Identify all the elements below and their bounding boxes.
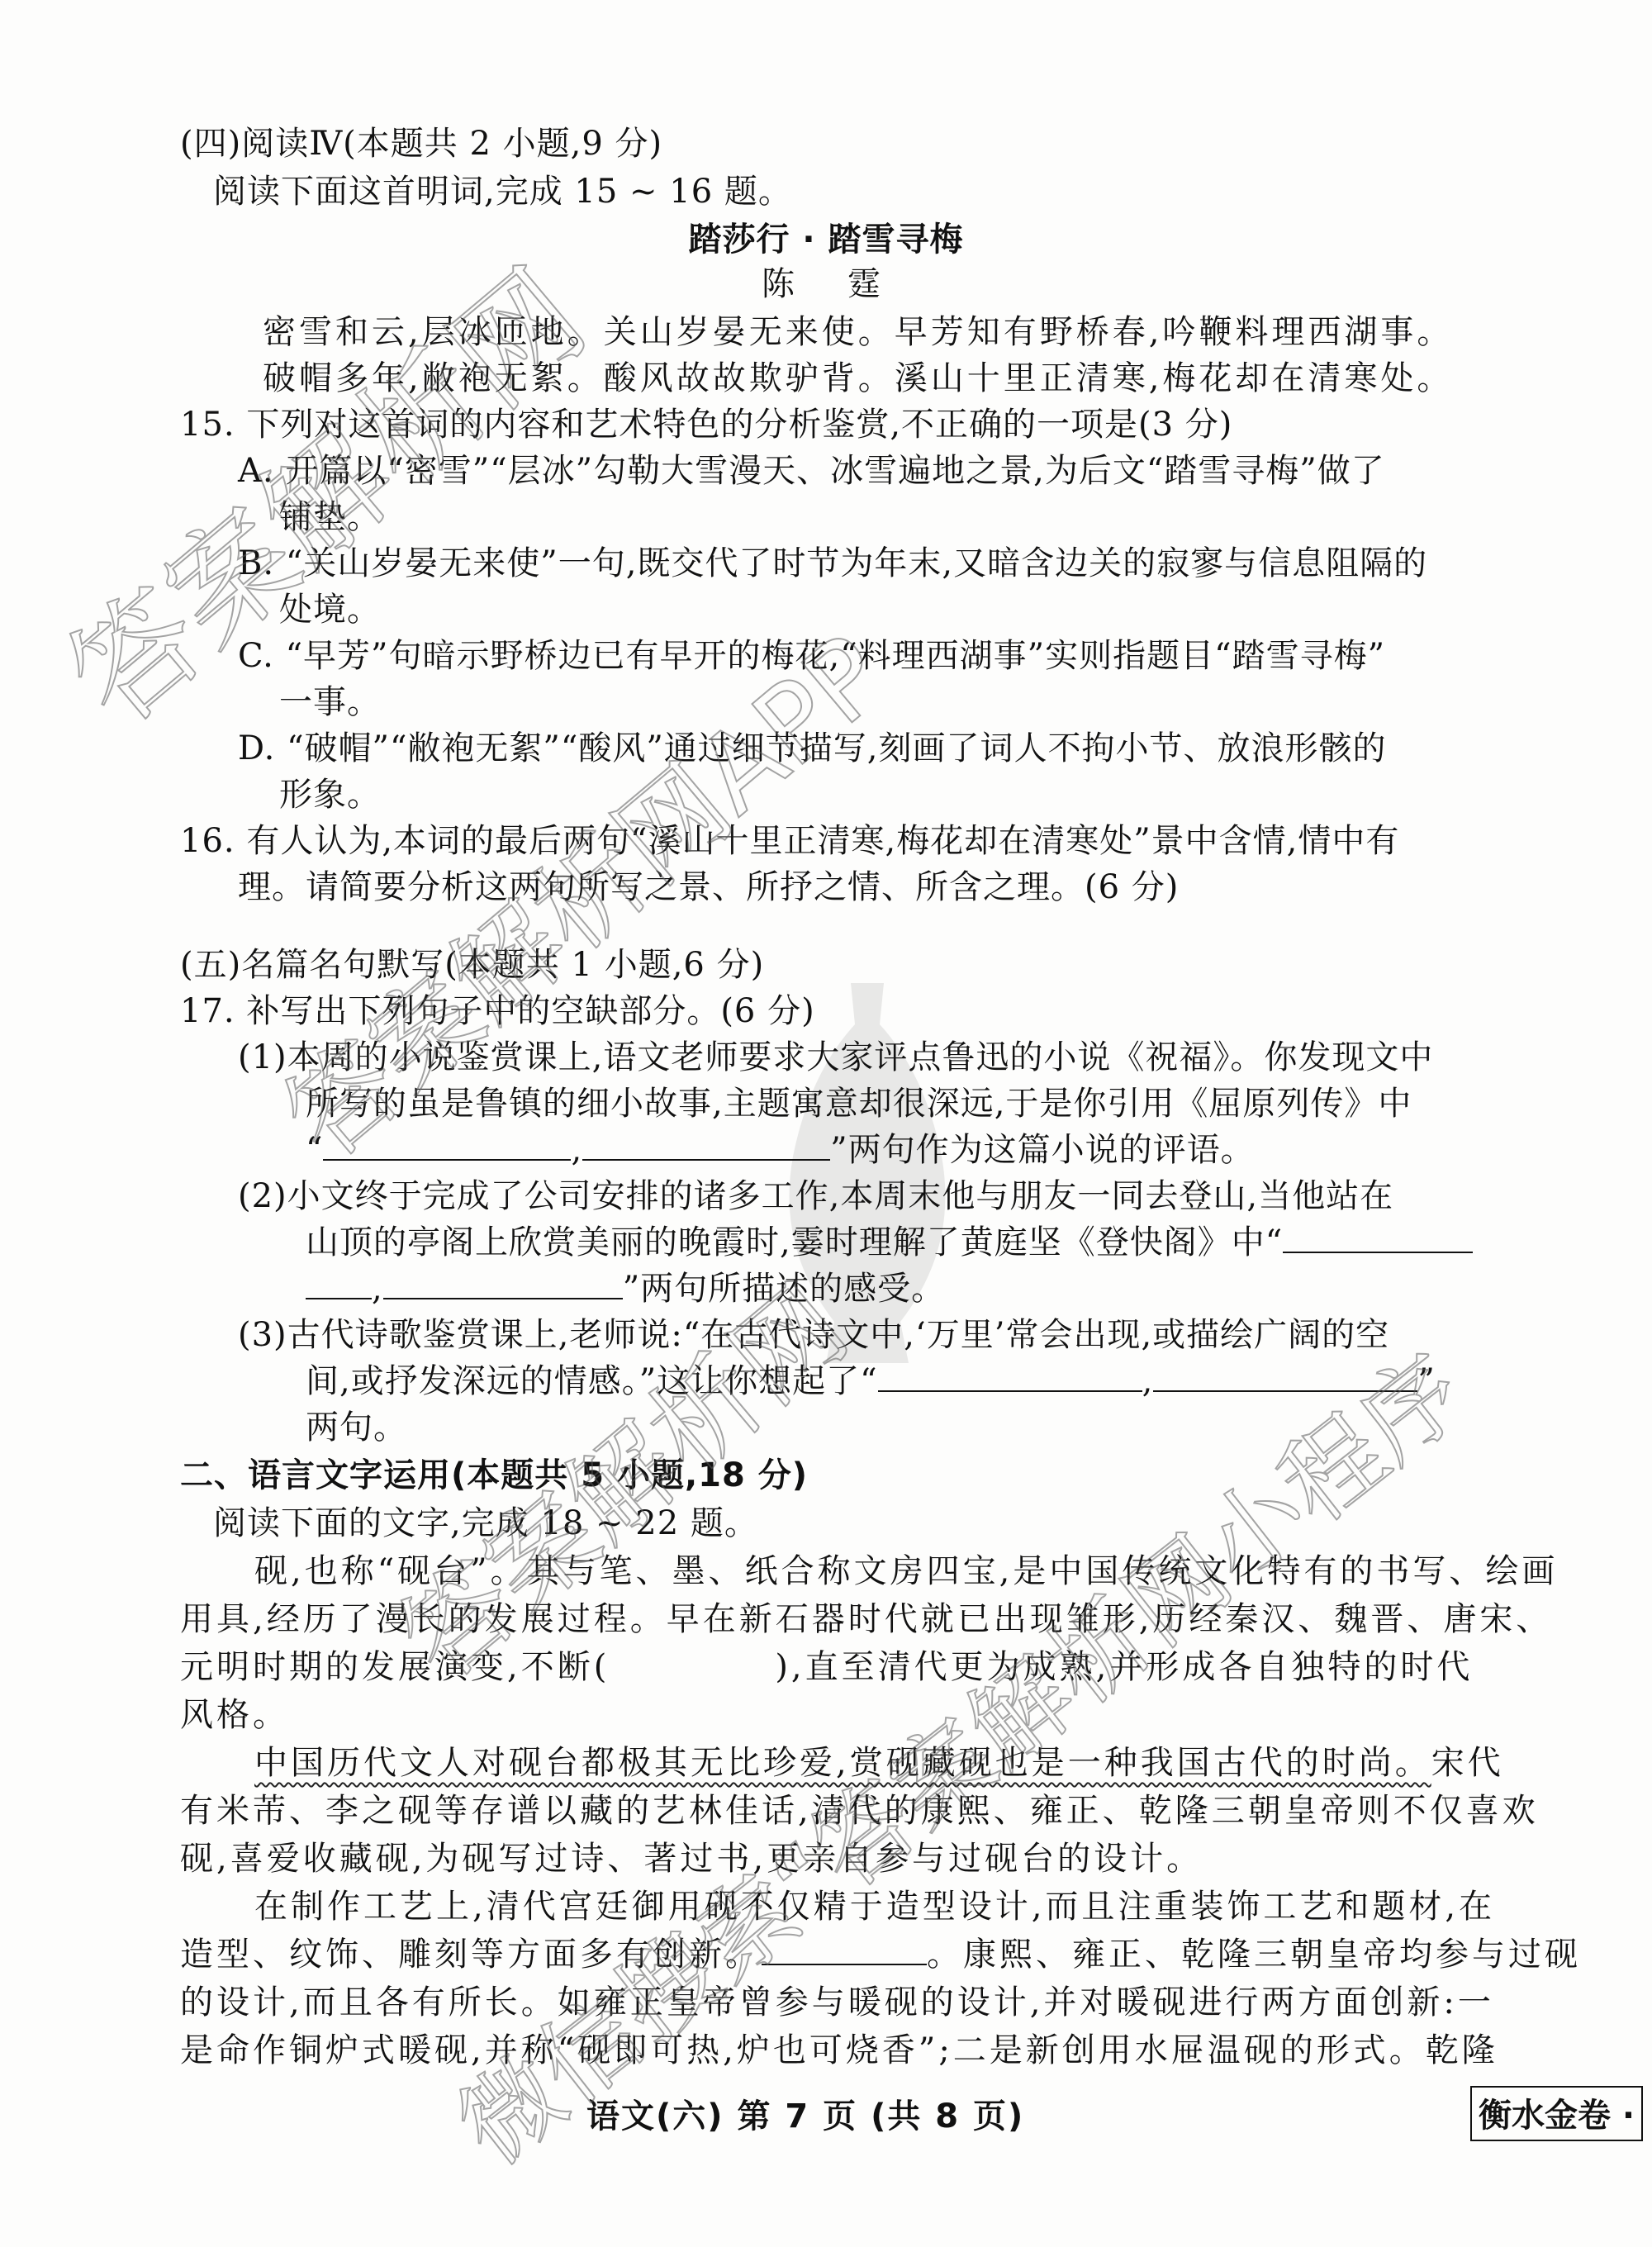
q15-option-a-cont: 铺垫。 (279, 497, 381, 537)
fill-blank-2a[interactable] (1283, 1223, 1473, 1253)
fill-blank-2b[interactable] (383, 1270, 623, 1299)
poem-line-2: 破帽多年,敝袍无絮。酸风故故欺驴背。溪山十里正清寒,梅花却在清寒处。 (263, 359, 1453, 398)
separator: , (571, 1131, 582, 1169)
item3-line2-text: 间,或抒发深远的情感。”这让你想起了“ (306, 1362, 878, 1400)
para2-line1-tail: 宋代 (1431, 1744, 1504, 1782)
part2-heading: 二、语言文字运用(本题共 5 小题,18 分) (180, 1456, 808, 1495)
q16-line-2: 理。请简要分析这两句所写之景、所抒之情、所含之理。(6 分) (238, 867, 1179, 907)
para1-line3-tail: ),直至清代更为成熟,并形成各自独特的时代 (775, 1648, 1473, 1686)
brand-badge: 衡水金卷 · (1470, 2086, 1643, 2141)
q17-stem: 17. 补写出下列句子中的空缺部分。(6 分) (180, 991, 815, 1031)
close-quote: ” (1417, 1362, 1435, 1400)
fill-blank-para3[interactable] (762, 1936, 927, 1965)
poem-title: 踏莎行 · 踏雪寻梅 (0, 220, 1652, 259)
q15-option-d-cont: 形象。 (279, 775, 381, 815)
q15-option-b: B. “关山岁晏无来使”一句,既交代了时节为年末,又暗含边关的寂寥与信息阻隔的 (238, 544, 1427, 583)
para2-line3: 砚,喜爱收藏砚,为砚写过诗、著过书,更亲自参与过砚台的设计。 (180, 1839, 1203, 1879)
section5-heading: (五)名篇名句默写(本题共 1 小题,6 分) (180, 945, 764, 985)
para1-line3-head: 元明时期的发展演变,不断( (180, 1648, 610, 1686)
vase-watermark-icon (760, 975, 975, 1371)
section4-heading: (四)阅读Ⅳ(本题共 2 小题,9 分) (180, 124, 662, 164)
poem-line-1: 密雪和云,层冰匝地。关山岁晏无来使。早芳知有野桥春,吟鞭料理西湖事。 (263, 312, 1453, 352)
q17-item2-line2: 山顶的亭阁上欣赏美丽的晚霞时,霎时理解了黄庭坚《登快阁》中“ (306, 1223, 1473, 1262)
tail-text: ”两句作为这篇小说的评语。 (830, 1131, 1254, 1169)
separator: , (1142, 1362, 1154, 1400)
fill-blank-3b[interactable] (1153, 1362, 1417, 1392)
fill-blank-3a[interactable] (878, 1362, 1142, 1392)
q17-item3-line3: 两句。 (306, 1408, 407, 1447)
para3-line4: 是命作铜炉式暖砚,并称“砚即可热,炉也可烧香”;二是新创用水屉温砚的形式。乾隆 (180, 2031, 1498, 2070)
para1-line3: 元明时期的发展演变,不断(),直至清代更为成熟,并形成各自独特的时代 (180, 1647, 1473, 1687)
section4-instruction: 阅读下面这首明词,完成 15 ~ 16 题。 (213, 172, 792, 211)
q16-line-1: 16. 有人认为,本词的最后两句“溪山十里正清寒,梅花却在清寒处”景中含情,情中… (180, 821, 1399, 861)
q17-item2-line3: ,”两句所描述的感受。 (306, 1269, 945, 1309)
separator: , (372, 1270, 383, 1308)
q17-item1-line2: 所写的虽是鲁镇的细小故事,主题寓意却很深远,于是你引用《屈原列传》中 (306, 1084, 1412, 1123)
open-quote: “ (306, 1131, 323, 1169)
para2-line2: 有米芾、李之砚等存谱以藏的艺林佳话,清代的康熙、雍正、乾隆三朝皇帝则不仅喜欢 (180, 1791, 1539, 1831)
fill-blank-1a[interactable] (323, 1131, 571, 1161)
para3-line2: 造型、纹饰、雕刻等方面多有创新。。康熙、雍正、乾隆三朝皇帝均参与过砚 (180, 1935, 1581, 1974)
para1-line2: 用具,经历了漫长的发展过程。早在新石器时代就已出现雏形,历经秦汉、魏晋、唐宋、 (180, 1599, 1552, 1639)
q15-option-a: A. 开篇以“密雪”“层冰”勾勒大雪漫天、冰雪遍地之景,为后文“踏雪寻梅”做了 (238, 451, 1385, 491)
para3-line3: 的设计,而且各有所长。如雍正皇帝曾参与暖砚的设计,并对暖砚进行两方面创新:一 (180, 1983, 1494, 2022)
para3-line2-head: 造型、纹饰、雕刻等方面多有创新。 (180, 1936, 762, 1974)
q17-item1-line3: “,”两句作为这篇小说的评语。 (306, 1130, 1255, 1170)
para1-line4: 风格。 (180, 1695, 289, 1735)
para1-line1: 砚,也称“砚台”。其与笔、墨、纸合称文房四宝,是中国传统文化特有的书写、绘画 (254, 1551, 1558, 1591)
q15-stem: 15. 下列对这首词的内容和艺术特色的分析鉴赏,不正确的一项是(3 分) (180, 405, 1232, 444)
fill-blank-1b[interactable] (582, 1131, 830, 1161)
poem-author: 陈 霆 (0, 264, 1652, 304)
para3-line2-tail: 。康熙、雍正、乾隆三朝皇帝均参与过砚 (927, 1936, 1581, 1974)
q17-item2-line1: (2)小文终于完成了公司安排的诸多工作,本周末他与朋友一同去登山,当他站在 (238, 1176, 1393, 1216)
q15-option-d: D. “破帽”“敝袍无絮”“酸风”通过细节描写,刻画了词人不拘小节、放浪形骸的 (238, 729, 1386, 768)
q15-option-c: C. “早芳”句暗示野桥边已有早开的梅花,“料理西湖事”实则指题目“踏雪寻梅” (238, 636, 1385, 676)
q17-item3-line1: (3)古代诗歌鉴赏课上,老师说:“在古代诗文中,‘万里’常会出现,或描绘广阔的空 (238, 1315, 1389, 1355)
part2-instruction: 阅读下面的文字,完成 18 ~ 22 题。 (213, 1504, 758, 1543)
item2-line2-text: 山顶的亭阁上欣赏美丽的晚霞时,霎时理解了黄庭坚《登快阁》中“ (306, 1223, 1283, 1261)
q15-option-c-cont: 一事。 (279, 682, 381, 722)
para3-line1: 在制作工艺上,清代宫廷御用砚不仅精于造型设计,而且注重装饰工艺和题材,在 (254, 1887, 1495, 1926)
q17-item3-line2: 间,或抒发深远的情感。”这让你想起了“,” (306, 1361, 1436, 1401)
tail-text: ”两句所描述的感受。 (623, 1270, 945, 1308)
page-number-label: 语文(六) 第 7 页 (共 8 页) (586, 2090, 1024, 2137)
para2-line1: 中国历代文人对砚台都极其无比珍爱,赏砚藏砚也是一种我国古代的时尚。宋代 (254, 1743, 1504, 1783)
q17-item1-line1: (1)本周的小说鉴赏课上,语文老师要求大家评点鲁迅的小说《祝福》。你发现文中 (238, 1038, 1433, 1077)
exam-page: (四)阅读Ⅳ(本题共 2 小题,9 分) 阅读下面这首明词,完成 15 ~ 16… (0, 0, 1652, 2247)
wavy-underlined-sentence: 中国历代文人对砚台都极其无比珍爱,赏砚藏砚也是一种我国古代的时尚。 (254, 1744, 1431, 1782)
fill-blank-2a-cont[interactable] (306, 1270, 372, 1299)
q15-option-b-cont: 处境。 (279, 590, 381, 629)
